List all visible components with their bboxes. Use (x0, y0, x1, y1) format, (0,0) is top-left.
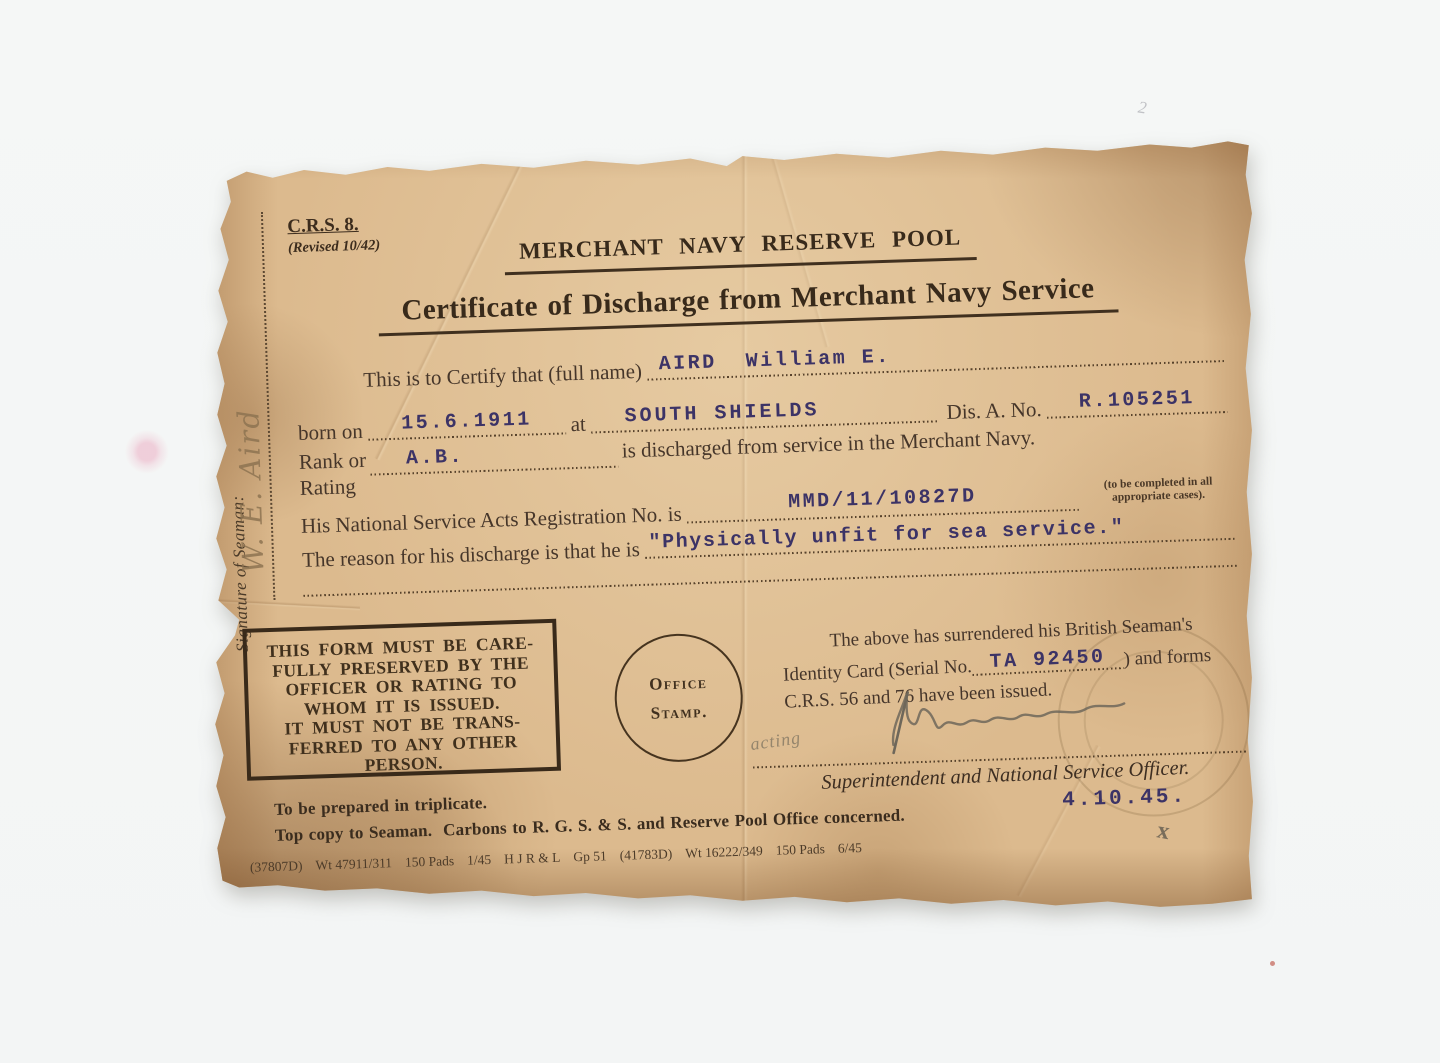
pencil-annotation-top: 2 (1137, 98, 1148, 119)
rank-field: A.B. (370, 439, 619, 479)
certificate-content: Signature of Seaman: W. E. Aird C.R.S. 8… (201, 121, 1265, 924)
dis-a-no-field: R.105251 (1046, 383, 1228, 422)
print-code: Gp 51 (573, 848, 607, 865)
acting-pencil-note: acting (749, 727, 802, 755)
pencil-x-mark: x (1155, 817, 1172, 846)
form-revision: (Revised 10/42) (288, 237, 381, 257)
birthplace-value: SOUTH SHIELDS (620, 399, 824, 436)
print-code: H J R & L (504, 850, 561, 868)
dis-a-no-label: Dis. A. No. (946, 397, 1042, 425)
at-label: at (570, 412, 586, 437)
form-code: C.R.S. 8. (287, 213, 380, 238)
birthdate-field: 15.6.1911 (367, 404, 566, 443)
print-code: 1/45 (467, 852, 492, 869)
discharge-date: 4.10.45. (1062, 785, 1188, 812)
dis-a-no-value: R.105251 (1075, 387, 1200, 421)
print-code: 6/45 (838, 840, 863, 857)
rank-value: A.B. (402, 446, 469, 478)
scan-background: 2 Signature of Seaman: W. E. Aird C.R.S.… (0, 0, 1440, 1063)
print-code: Wt 16222/349 (685, 843, 763, 861)
continuation-line (303, 565, 1237, 597)
print-code: 150 Pads (776, 841, 826, 859)
certificate-paper: Signature of Seaman: W. E. Aird C.R.S. 8… (210, 136, 1254, 910)
print-code: (41783D) (619, 846, 672, 864)
reason-label: The reason for his discharge is that he … (302, 537, 640, 573)
footer-line1: To be prepared in triplicate. (274, 793, 488, 820)
print-code: 150 Pads (405, 853, 455, 871)
form-code-block: C.R.S. 8. (Revised 10/42) (287, 213, 380, 257)
nsa-value: MMD/11/10827D (784, 485, 981, 523)
red-speck (1270, 961, 1275, 966)
pool-title: MERCHANT NAVY RESERVE POOL (504, 224, 977, 275)
born-on-label: born on (298, 419, 364, 446)
certify-row: This is to Certify that (full name) AIRD… (363, 332, 1226, 393)
certify-value: AIRD William E. (654, 346, 895, 384)
rank-label-line1: Rank or (299, 447, 367, 475)
print-code: (37807D) (250, 858, 303, 876)
rank-label: Rank or Rating (299, 447, 368, 501)
certificate-title: Certificate of Discharge from Merchant N… (378, 271, 1119, 336)
office-stamp-line1: Office (649, 672, 708, 694)
print-code: Wt 47911/311 (315, 855, 392, 873)
certify-field: AIRD William E. (646, 332, 1225, 384)
office-stamp-line2: Stamp. (650, 701, 708, 723)
notice-box: THIS FORM MUST BE CARE- FULLY PRESERVED … (242, 619, 561, 781)
surrender-line2-post: ) and forms (1123, 641, 1212, 673)
seaman-signature: W. E. Aird (228, 323, 270, 574)
print-codes: (37807D) Wt 47911/311 150 Pads 1/45 H J … (250, 840, 862, 876)
birthdate-value: 15.6.1911 (397, 408, 536, 442)
certificate-paper-wrapper: Signature of Seaman: W. E. Aird C.R.S. 8… (210, 136, 1254, 910)
rank-label-line2: Rating (299, 473, 367, 501)
certify-label: This is to Certify that (full name) (363, 359, 642, 393)
nsa-note: (to be completed in all appropriate case… (1082, 475, 1235, 505)
office-stamp-circle: Office Stamp. (613, 632, 745, 764)
